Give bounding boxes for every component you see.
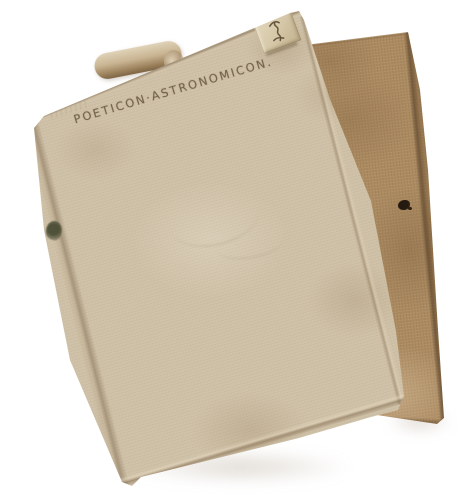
front-cover-left-edge-shading (13, 116, 144, 494)
ink-spot-dot (408, 207, 412, 210)
photo-canvas: POETICON·ASTRONOMICON. (0, 0, 469, 500)
